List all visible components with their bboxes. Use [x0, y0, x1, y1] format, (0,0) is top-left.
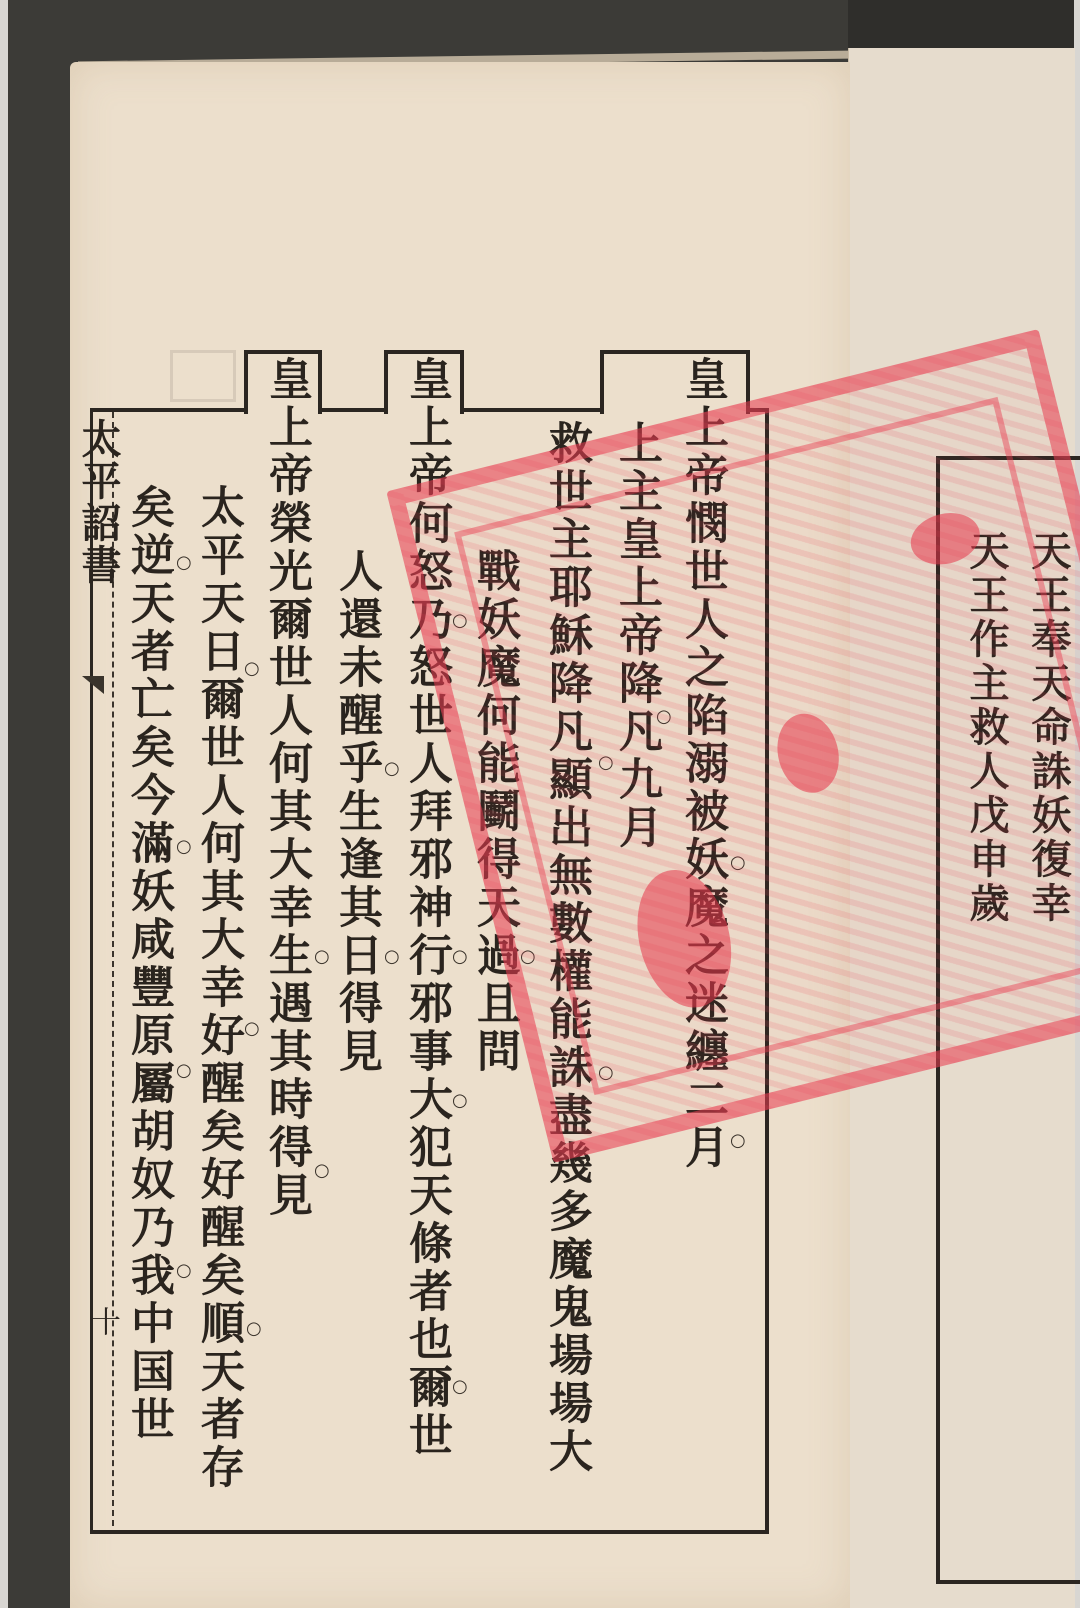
punctuation-mark: ○: [384, 758, 400, 779]
punctuation-mark: ○: [176, 552, 192, 573]
seal-inner-border: [454, 397, 1080, 1095]
text-column-7: 皇上帝榮光爾世人何其大幸生遇其時得見: [254, 356, 318, 1220]
punctuation-mark: ○: [452, 1376, 468, 1397]
punctuation-mark: ○: [244, 658, 260, 679]
punctuation-mark: ○: [452, 1090, 468, 1111]
show-through-mark: [170, 350, 236, 402]
punctuation-mark: ○: [314, 946, 330, 967]
text-column-9: 矣逆天者亡矣今滿妖咸豐原屬胡奴乃我中国世: [116, 484, 180, 1444]
punctuation-mark: ○: [314, 1160, 330, 1181]
punctuation-mark: ○: [244, 1018, 260, 1039]
punctuation-mark: ○: [176, 836, 192, 857]
background-board: [848, 0, 1074, 48]
text-column-8: 太平天日爾世人何其大幸好醒矣好醒矣順天者存: [186, 484, 250, 1492]
scan-border-left: [0, 0, 8, 1608]
punctuation-mark: ○: [176, 1060, 192, 1081]
punctuation-mark: ○: [730, 1130, 746, 1151]
text-column-6: 人還未醒乎生逢其日得見: [324, 548, 388, 1076]
punctuation-mark: ○: [246, 1318, 262, 1339]
punctuation-mark: ○: [176, 1260, 192, 1281]
punctuation-mark: ○: [452, 946, 468, 967]
punctuation-mark: ○: [384, 946, 400, 967]
